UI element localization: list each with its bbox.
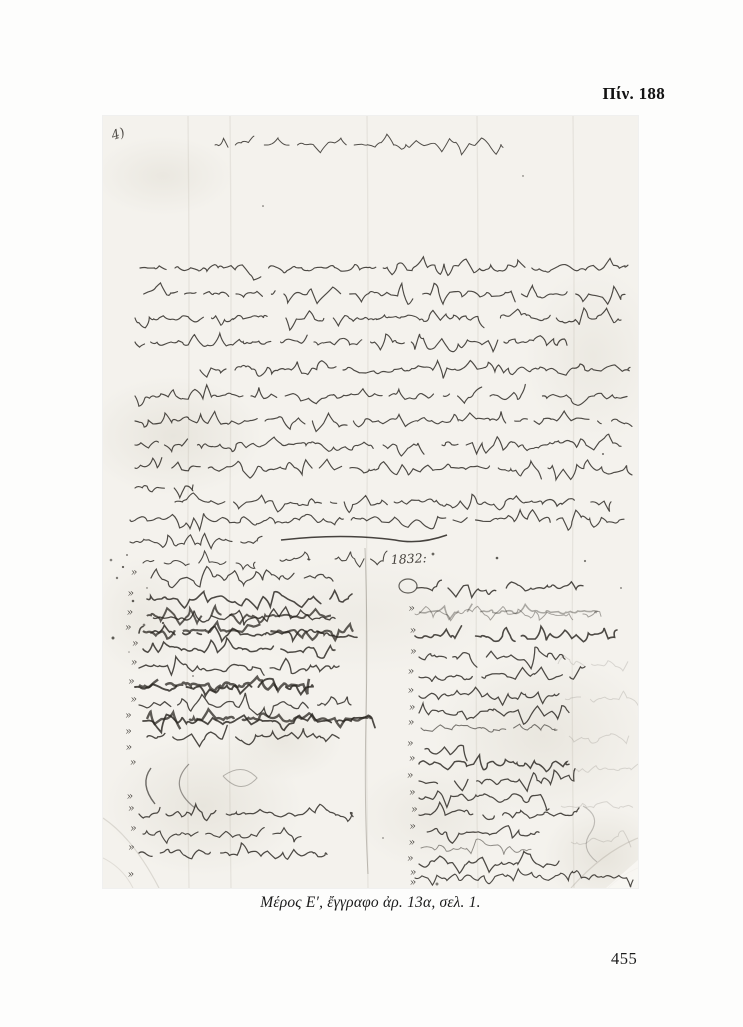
manuscript-scan: »»»»»»»»»»»»»»»»»»»»»»»»»»»»»»»»»»4)1832… xyxy=(103,116,638,888)
figure-caption: Μέρος Ε′, ἔγγραφο ἀρ. 13α, σελ. 1. xyxy=(103,894,638,912)
page-number: 455 xyxy=(611,949,637,969)
svg-text:1832:: 1832: xyxy=(390,550,427,567)
manuscript-image: »»»»»»»»»»»»»»»»»»»»»»»»»»»»»»»»»»4)1832… xyxy=(103,116,638,888)
book-page: Πίν. 188 »»»»»»»»»»»»»»»»»»»»»»»»»»»»»»»… xyxy=(0,0,743,1027)
plate-label: Πίν. 188 xyxy=(603,84,666,104)
